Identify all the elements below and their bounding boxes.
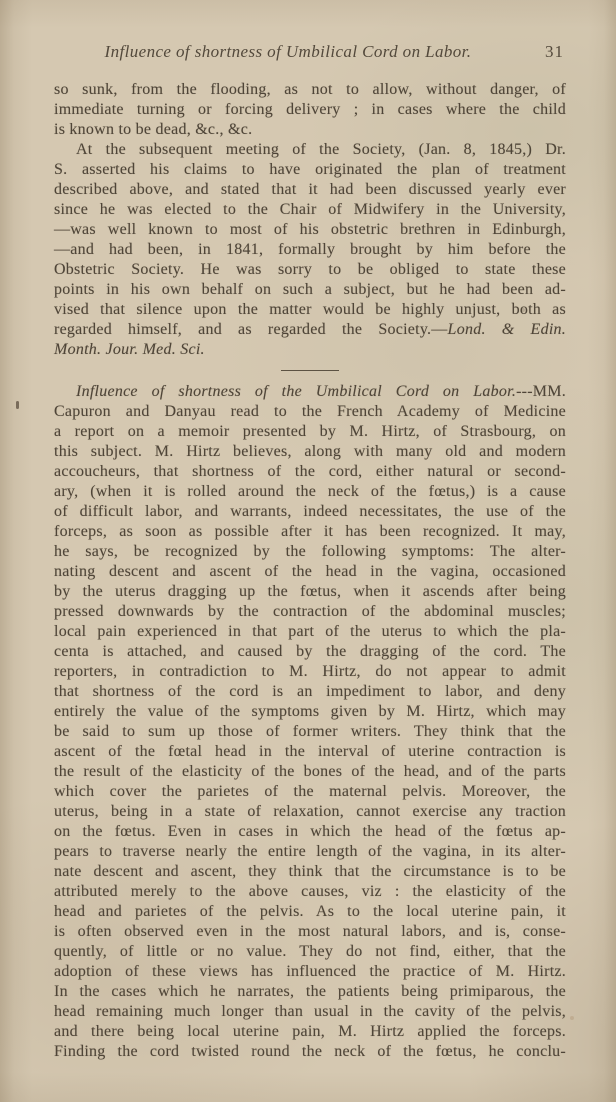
text-line: the result of the elasticity of the bone… bbox=[54, 762, 566, 782]
text-column: Influence of shortness of Umbilical Cord… bbox=[54, 42, 566, 1062]
text-segment: S. asserted his claims to have originate… bbox=[54, 161, 566, 178]
text-line: vised that silence upon the matter would… bbox=[54, 300, 566, 320]
text-segment: on the fœtus. Even in cases in which the… bbox=[54, 823, 566, 840]
text-segment: this subject. M. Hirtz believes, along w… bbox=[54, 443, 566, 460]
text-line: Month. Jour. Med. Sci. bbox=[54, 340, 566, 360]
text-segment: adoption of these views has influenced t… bbox=[54, 963, 566, 980]
text-segment: At the subsequent meeting of the Society… bbox=[76, 141, 566, 158]
text-segment: that shortness of the cord is an impedim… bbox=[54, 683, 566, 700]
text-segment: be said to sum up those of former writer… bbox=[54, 723, 566, 740]
text-line: At the subsequent meeting of the Society… bbox=[54, 140, 566, 160]
text-segment: Obstetric Society. He was sorry to be ob… bbox=[54, 261, 566, 278]
text-line: quently, of little or no value. They do … bbox=[54, 942, 566, 962]
page-header: Influence of shortness of Umbilical Cord… bbox=[54, 42, 566, 66]
italic-text-segment: Month. Jour. Med. Sci. bbox=[54, 341, 205, 358]
text-line: head remaining much longer than usual in… bbox=[54, 1002, 566, 1022]
text-segment: nate descent and ascent, they think that… bbox=[54, 863, 566, 880]
text-line: and there being local uterine pain, M. H… bbox=[54, 1022, 566, 1042]
text-segment: pressed downwards by the contraction of … bbox=[54, 603, 566, 620]
text-line: which cover the parietes of the maternal… bbox=[54, 782, 566, 802]
text-segment: points in his own behalf on such a subje… bbox=[54, 281, 566, 298]
text-segment: head and parietes of the pelvis. As to t… bbox=[54, 903, 566, 920]
text-segment: pears to traverse nearly the entire leng… bbox=[54, 843, 566, 860]
text-segment: entirely the value of the symptoms given… bbox=[54, 703, 566, 720]
text-segment: —was well known to most of his obstetric… bbox=[54, 221, 566, 238]
text-segment: of difficult labor, and warrants, indeed… bbox=[54, 503, 566, 520]
section-divider-rule bbox=[281, 370, 339, 371]
text-line: S. asserted his claims to have originate… bbox=[54, 160, 566, 180]
text-line: centa is attached, and caused by the dra… bbox=[54, 642, 566, 662]
text-segment: and there being local uterine pain, M. H… bbox=[54, 1023, 566, 1040]
italic-text-segment: Influence of shortness of the Umbilical … bbox=[76, 383, 516, 400]
text-line: of difficult labor, and warrants, indeed… bbox=[54, 502, 566, 522]
text-line: —and had been, in 1841, formally brought… bbox=[54, 240, 566, 260]
text-segment: ascent of the fœtal head in the interval… bbox=[54, 743, 566, 760]
text-line: is known to be dead, &c., &c. bbox=[54, 120, 566, 140]
text-line: nating descent and ascent of the head in… bbox=[54, 562, 566, 582]
page-number: 31 bbox=[545, 42, 564, 62]
text-line: Obstetric Society. He was sorry to be ob… bbox=[54, 260, 566, 280]
text-segment: nating descent and ascent of the head in… bbox=[54, 563, 566, 580]
text-segment: vised that silence upon the matter would… bbox=[54, 301, 566, 318]
text-segment: described above, and stated that it had … bbox=[54, 181, 566, 198]
text-segment: centa is attached, and caused by the dra… bbox=[54, 643, 566, 660]
text-line: entirely the value of the symptoms given… bbox=[54, 702, 566, 722]
text-segment: the result of the elasticity of the bone… bbox=[54, 763, 566, 780]
text-segment: by the uterus dragging up the fœtus, whe… bbox=[54, 583, 566, 600]
text-segment: attributed merely to the above causes, v… bbox=[54, 883, 566, 900]
text-segment: regarded himself, and as regarded the So… bbox=[54, 321, 448, 338]
text-line: forceps, as soon as possible after it ha… bbox=[54, 522, 566, 542]
text-line: immediate turning or forcing delivery ; … bbox=[54, 100, 566, 120]
text-line: ascent of the fœtal head in the interval… bbox=[54, 742, 566, 762]
text-line: In the cases which he narrates, the pati… bbox=[54, 982, 566, 1002]
text-line: attributed merely to the above causes, v… bbox=[54, 882, 566, 902]
text-line: so sunk, from the flooding, as not to al… bbox=[54, 80, 566, 100]
text-line: points in his own behalf on such a subje… bbox=[54, 280, 566, 300]
text-line: Capuron and Danyau read to the French Ac… bbox=[54, 402, 566, 422]
text-line: head and parietes of the pelvis. As to t… bbox=[54, 902, 566, 922]
text-line: regarded himself, and as regarded the So… bbox=[54, 320, 566, 340]
text-line: uterus, being in a state of relaxation, … bbox=[54, 802, 566, 822]
text-line: is often observed even in the most natur… bbox=[54, 922, 566, 942]
text-segment: Finding the cord twisted round the neck … bbox=[54, 1043, 566, 1060]
text-line: he says, be recognized by the following … bbox=[54, 542, 566, 562]
text-segment: forceps, as soon as possible after it ha… bbox=[54, 523, 566, 540]
text-line: that shortness of the cord is an impedim… bbox=[54, 682, 566, 702]
text-line: —was well known to most of his obstetric… bbox=[54, 220, 566, 240]
text-segment: is known to be dead, &c., &c. bbox=[54, 121, 252, 138]
text-segment: a report on a memoir presented by M. Hir… bbox=[54, 423, 566, 440]
text-line: ary, (when it is rolled around the neck … bbox=[54, 482, 566, 502]
article-continuation-flooding: so sunk, from the flooding, as not to al… bbox=[54, 80, 566, 360]
text-segment: accoucheurs, that shortness of the cord,… bbox=[54, 463, 566, 480]
text-segment: reporters, in contradiction to M. Hirtz,… bbox=[54, 663, 566, 680]
text-line: since he was elected to the Chair of Mid… bbox=[54, 200, 566, 220]
text-segment: uterus, being in a state of relaxation, … bbox=[54, 803, 566, 820]
text-line: this subject. M. Hirtz believes, along w… bbox=[54, 442, 566, 462]
text-line: adoption of these views has influenced t… bbox=[54, 962, 566, 982]
text-line: by the uterus dragging up the fœtus, whe… bbox=[54, 582, 566, 602]
text-line: local pain experienced in that part of t… bbox=[54, 622, 566, 642]
text-line: accoucheurs, that shortness of the cord,… bbox=[54, 462, 566, 482]
text-segment: Capuron and Danyau read to the French Ac… bbox=[54, 403, 566, 420]
italic-text-segment: Lond. & Edin. bbox=[448, 321, 566, 338]
scan-artifact-mark bbox=[16, 401, 19, 409]
text-segment: since he was elected to the Chair of Mid… bbox=[54, 201, 566, 218]
text-segment: In the cases which he narrates, the pati… bbox=[54, 983, 566, 1000]
text-segment: he says, be recognized by the following … bbox=[54, 543, 566, 560]
scanned-journal-page: Influence of shortness of Umbilical Cord… bbox=[0, 0, 616, 1102]
text-line: described above, and stated that it had … bbox=[54, 180, 566, 200]
scan-speck bbox=[570, 1016, 574, 1020]
text-segment: quently, of little or no value. They do … bbox=[54, 943, 566, 960]
text-segment: ary, (when it is rolled around the neck … bbox=[54, 483, 566, 500]
text-segment: is often observed even in the most natur… bbox=[54, 923, 566, 940]
text-line: on the fœtus. Even in cases in which the… bbox=[54, 822, 566, 842]
text-segment: ---MM. bbox=[516, 383, 566, 400]
text-line: nate descent and ascent, they think that… bbox=[54, 862, 566, 882]
text-segment: immediate turning or forcing delivery ; … bbox=[54, 101, 566, 118]
article-umbilical-cord-labor: Influence of shortness of the Umbilical … bbox=[54, 382, 566, 1062]
text-line: reporters, in contradiction to M. Hirtz,… bbox=[54, 662, 566, 682]
text-segment: which cover the parietes of the maternal… bbox=[54, 783, 566, 800]
text-segment: local pain experienced in that part of t… bbox=[54, 623, 566, 640]
text-line: Finding the cord twisted round the neck … bbox=[54, 1042, 566, 1062]
text-segment: —and had been, in 1841, formally brought… bbox=[54, 241, 566, 258]
text-line: a report on a memoir presented by M. Hir… bbox=[54, 422, 566, 442]
text-line: pears to traverse nearly the entire leng… bbox=[54, 842, 566, 862]
text-line: be said to sum up those of former writer… bbox=[54, 722, 566, 742]
running-title: Influence of shortness of Umbilical Cord… bbox=[54, 42, 522, 62]
text-line: pressed downwards by the contraction of … bbox=[54, 602, 566, 622]
text-line: Influence of shortness of the Umbilical … bbox=[54, 382, 566, 402]
text-segment: head remaining much longer than usual in… bbox=[54, 1003, 566, 1020]
text-segment: so sunk, from the flooding, as not to al… bbox=[54, 81, 566, 98]
